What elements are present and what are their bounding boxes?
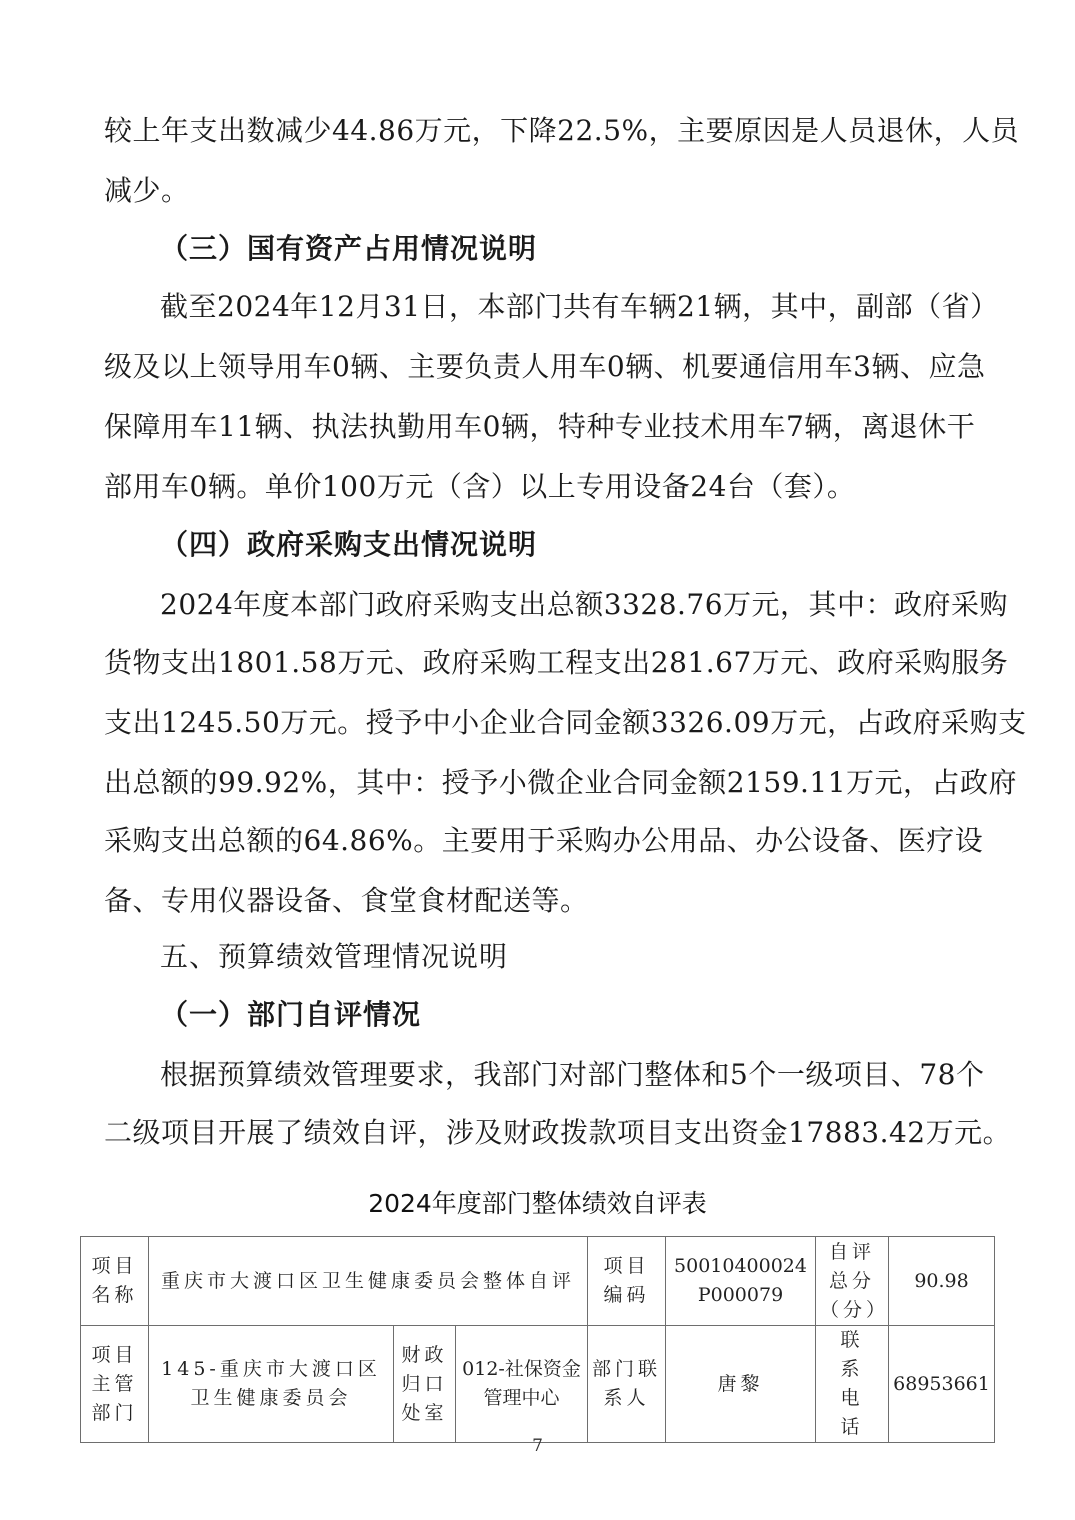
project-code: 50010400024P000079 (666, 1237, 816, 1326)
page-number: 7 (0, 1436, 1075, 1456)
self-score-value: 90.98 (889, 1237, 995, 1326)
label-self-score: 自评总分（分） (816, 1237, 889, 1326)
label-project-name: 项目名称 (81, 1237, 149, 1326)
paragraph-line: 减少。 (104, 174, 972, 208)
paragraph-line: 备、专用仪器设备、食堂食材配送等。 (104, 884, 972, 918)
paragraph-line: 出总额的99.92%，其中：授予小微企业合同金额2159.11万元，占政府 (104, 766, 972, 800)
phone-value: 68953661 (889, 1326, 995, 1443)
paragraph-line: 保障用车11辆、执法执勤用车0辆，特种专业技术用车7辆，离退休干 (104, 410, 972, 444)
label-project-code: 项目编码 (588, 1237, 666, 1326)
section-heading-procurement: （四）政府采购支出情况说明 (160, 528, 537, 562)
label-phone: 联系电话 (816, 1326, 889, 1443)
paragraph-line: 级及以上领导用车0辆、主要负责人用车0辆、机要通信用车3辆、应急 (104, 350, 972, 384)
paragraph-line: 截至2024年12月31日，本部门共有车辆21辆，其中，副部（省） (160, 290, 972, 324)
paragraph-line: 采购支出总额的64.86%。主要用于采购办公用品、办公设备、医疗设 (104, 824, 972, 858)
table-title: 2024年度部门整体绩效自评表 (0, 1188, 1075, 1220)
self-evaluation-table: 项目名称 重庆市大渡口区卫生健康委员会整体自评 项目编码 50010400024… (80, 1236, 995, 1443)
paragraph-line: 二级项目开展了绩效自评，涉及财政拨款项目支出资金17883.42万元。 (104, 1116, 972, 1150)
paragraph-line: 较上年支出数减少44.86万元，下降22.5%，主要原因是人员退休，人员 (104, 114, 972, 148)
label-contact-person: 部门联系人 (588, 1326, 666, 1443)
finance-office: 012-社保资金管理中心 (456, 1326, 588, 1443)
table-row: 项目主管部门 145-重庆市大渡口区卫生健康委员会 财政归口处室 012-社保资… (81, 1326, 995, 1443)
paragraph-line: 2024年度本部门政府采购支出总额3328.76万元，其中：政府采购 (160, 588, 972, 622)
project-name: 重庆市大渡口区卫生健康委员会整体自评 (149, 1237, 588, 1326)
paragraph-line: 根据预算绩效管理要求，我部门对部门整体和5个一级项目、78个 (160, 1058, 972, 1092)
table-row: 项目名称 重庆市大渡口区卫生健康委员会整体自评 项目编码 50010400024… (81, 1237, 995, 1326)
contact-person: 唐黎 (666, 1326, 816, 1443)
section-heading-self-evaluation: （一）部门自评情况 (160, 998, 421, 1032)
section-heading-assets: （三）国有资产占用情况说明 (160, 232, 537, 266)
paragraph-line: 支出1245.50万元。授予中小企业合同金额3326.09万元，占政府采购支 (104, 706, 972, 740)
label-managing-dept: 项目主管部门 (81, 1326, 149, 1443)
section-heading-performance: 五、预算绩效管理情况说明 (160, 940, 508, 974)
paragraph-line: 货物支出1801.58万元、政府采购工程支出281.67万元、政府采购服务 (104, 646, 972, 680)
managing-dept: 145-重庆市大渡口区卫生健康委员会 (149, 1326, 394, 1443)
label-finance-office: 财政归口处室 (394, 1326, 456, 1443)
paragraph-line: 部用车0辆。单价100万元（含）以上专用设备24台（套）。 (104, 470, 972, 504)
